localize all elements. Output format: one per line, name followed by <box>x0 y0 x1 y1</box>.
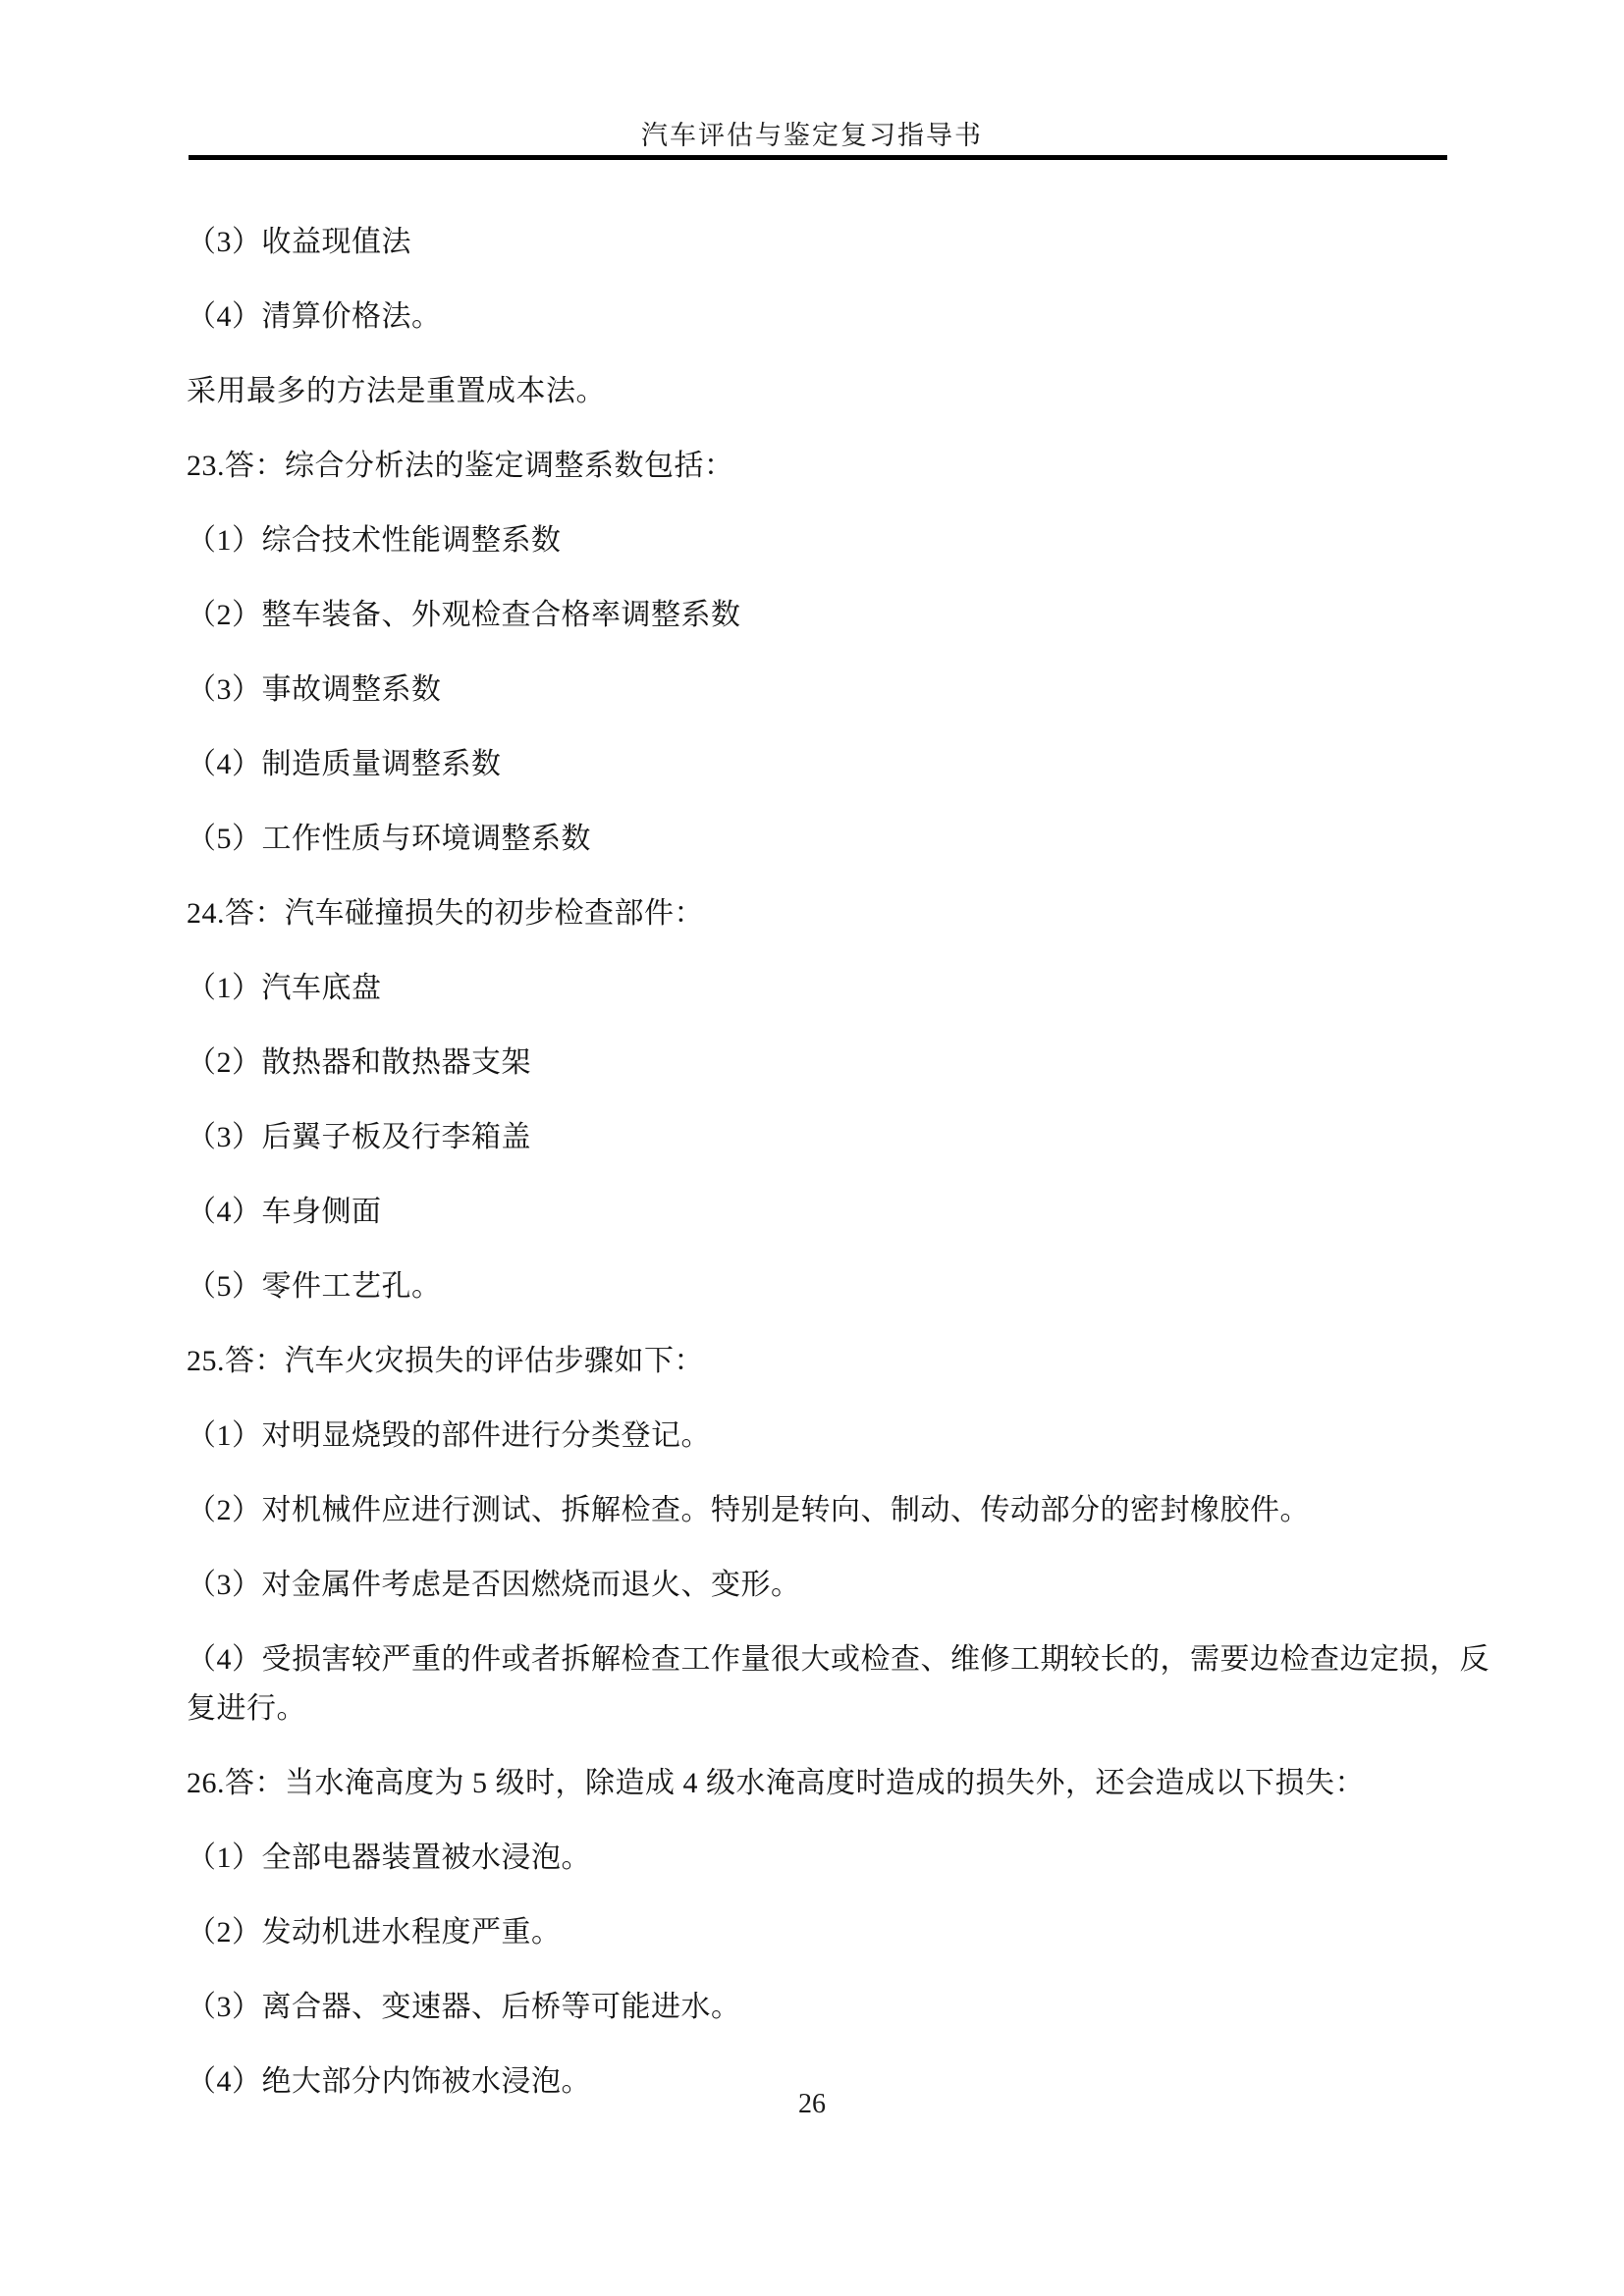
text-line: （3）离合器、变速器、后桥等可能进水。 <box>187 1983 1492 2032</box>
text-line: 23.答：综合分析法的鉴定调整系数包括： <box>187 442 1492 491</box>
page-number: 26 <box>798 2089 826 2119</box>
text-line: （1）对明显烧毁的部件进行分类登记。 <box>187 1412 1492 1461</box>
text-line: 26.答：当水淹高度为 5 级时，除造成 4 级水淹高度时造成的损失外，还会造成… <box>187 1759 1492 1808</box>
text-line: （5）零件工艺孔。 <box>187 1262 1492 1311</box>
text-line: （4）清算价格法。 <box>187 293 1492 342</box>
text-line: （3）对金属件考虑是否因燃烧而退火、变形。 <box>187 1561 1492 1610</box>
text-line: 25.答：汽车火灾损失的评估步骤如下： <box>187 1337 1492 1386</box>
text-line-continuation: 复进行。 <box>187 1684 1492 1734</box>
text-line: （4）制造质量调整系数 <box>187 740 1492 789</box>
text-line: （4）车身侧面 <box>187 1188 1492 1237</box>
text-line: （3）事故调整系数 <box>187 666 1492 715</box>
text-line: （2）整车装备、外观检查合格率调整系数 <box>187 591 1492 640</box>
header-title: 汽车评估与鉴定复习指导书 <box>0 114 1624 152</box>
text-line: 24.答：汽车碰撞损失的初步检查部件： <box>187 889 1492 938</box>
text-line: （1）综合技术性能调整系数 <box>187 516 1492 565</box>
page-footer: 26 <box>0 2089 1624 2120</box>
text-line: 采用最多的方法是重置成本法。 <box>187 367 1492 416</box>
document-page: 汽车评估与鉴定复习指导书 （3）收益现值法（4）清算价格法。采用最多的方法是重置… <box>0 0 1624 2296</box>
header-rule <box>189 155 1447 160</box>
text-line: （5）工作性质与环境调整系数 <box>187 815 1492 864</box>
text-line: （2）发动机进水程度严重。 <box>187 1908 1492 1957</box>
document-body: （3）收益现值法（4）清算价格法。采用最多的方法是重置成本法。23.答：综合分析… <box>187 192 1492 2107</box>
text-line: （1）汽车底盘 <box>187 964 1492 1013</box>
text-line: （1）全部电器装置被水浸泡。 <box>187 1834 1492 1883</box>
text-line: （4）受损害较严重的件或者拆解检查工作量很大或检查、维修工期较长的，需要边检查边… <box>187 1635 1492 1684</box>
text-line: （2）散热器和散热器支架 <box>187 1039 1492 1088</box>
text-line: （2）对机械件应进行测试、拆解检查。特别是转向、制动、传动部分的密封橡胶件。 <box>187 1486 1492 1535</box>
text-line: （3）收益现值法 <box>187 218 1492 267</box>
text-line: （3）后翼子板及行李箱盖 <box>187 1113 1492 1162</box>
